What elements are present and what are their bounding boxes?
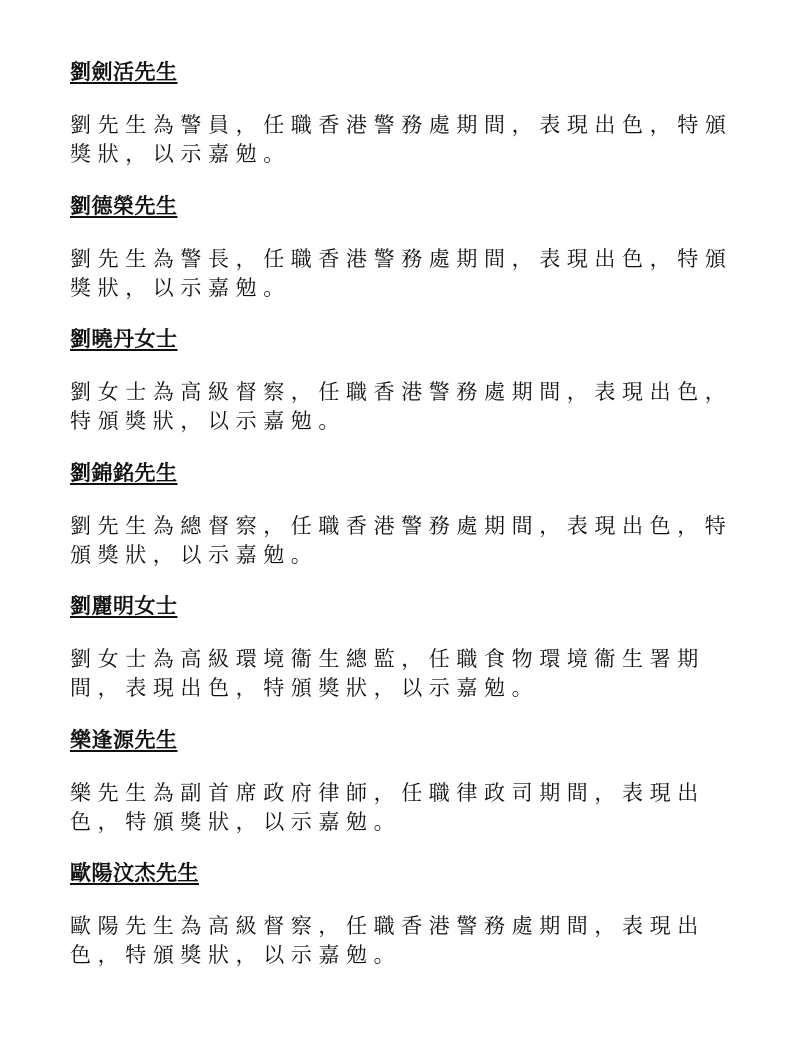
recipient-name: 劉麗明女士: [70, 592, 178, 620]
recipient-name: 歐陽汶杰先生: [70, 859, 199, 887]
award-citation: 樂先生為副首席政府律師，任職律政司期間，表現出色，特頒獎狀，以示嘉勉。: [70, 779, 740, 837]
award-citation: 劉女士為高級環境衞生總監，任職食物環境衞生署期間，表現出色，特頒獎狀，以示嘉勉。: [70, 645, 740, 703]
award-citation: 劉先生為總督察，任職香港警務處期間，表現出色，特頒獎狀，以示嘉勉。: [70, 512, 740, 570]
document-page: 劉劍活先生 劉先生為警員，任職香港警務處期間，表現出色，特頒獎狀，以示嘉勉。 劉…: [70, 58, 740, 993]
recipient-name: 樂逢源先生: [70, 726, 178, 754]
recipient-name: 劉錦銘先生: [70, 459, 178, 487]
award-entry: 歐陽汶杰先生 歐陽先生為高級督察，任職香港警務處期間，表現出色，特頒獎狀，以示嘉…: [70, 859, 740, 993]
award-citation: 劉先生為警長，任職香港警務處期間，表現出色，特頒獎狀，以示嘉勉。: [70, 245, 740, 303]
recipient-name: 劉德榮先生: [70, 192, 178, 220]
award-entry: 劉錦銘先生 劉先生為總督察，任職香港警務處期間，表現出色，特頒獎狀，以示嘉勉。: [70, 459, 740, 593]
award-entry: 劉德榮先生 劉先生為警長，任職香港警務處期間，表現出色，特頒獎狀，以示嘉勉。: [70, 192, 740, 326]
award-entry: 樂逢源先生 樂先生為副首席政府律師，任職律政司期間，表現出色，特頒獎狀，以示嘉勉…: [70, 726, 740, 860]
award-citation: 劉女士為高級督察，任職香港警務處期間，表現出色，特頒獎狀，以示嘉勉。: [70, 378, 740, 436]
award-entry: 劉麗明女士 劉女士為高級環境衞生總監，任職食物環境衞生署期間，表現出色，特頒獎狀…: [70, 592, 740, 726]
award-entry: 劉曉丹女士 劉女士為高級督察，任職香港警務處期間，表現出色，特頒獎狀，以示嘉勉。: [70, 325, 740, 459]
award-citation: 歐陽先生為高級督察，任職香港警務處期間，表現出色，特頒獎狀，以示嘉勉。: [70, 912, 740, 970]
award-entry: 劉劍活先生 劉先生為警員，任職香港警務處期間，表現出色，特頒獎狀，以示嘉勉。: [70, 58, 740, 192]
award-citation: 劉先生為警員，任職香港警務處期間，表現出色，特頒獎狀，以示嘉勉。: [70, 111, 740, 169]
recipient-name: 劉劍活先生: [70, 58, 178, 86]
recipient-name: 劉曉丹女士: [70, 325, 178, 353]
